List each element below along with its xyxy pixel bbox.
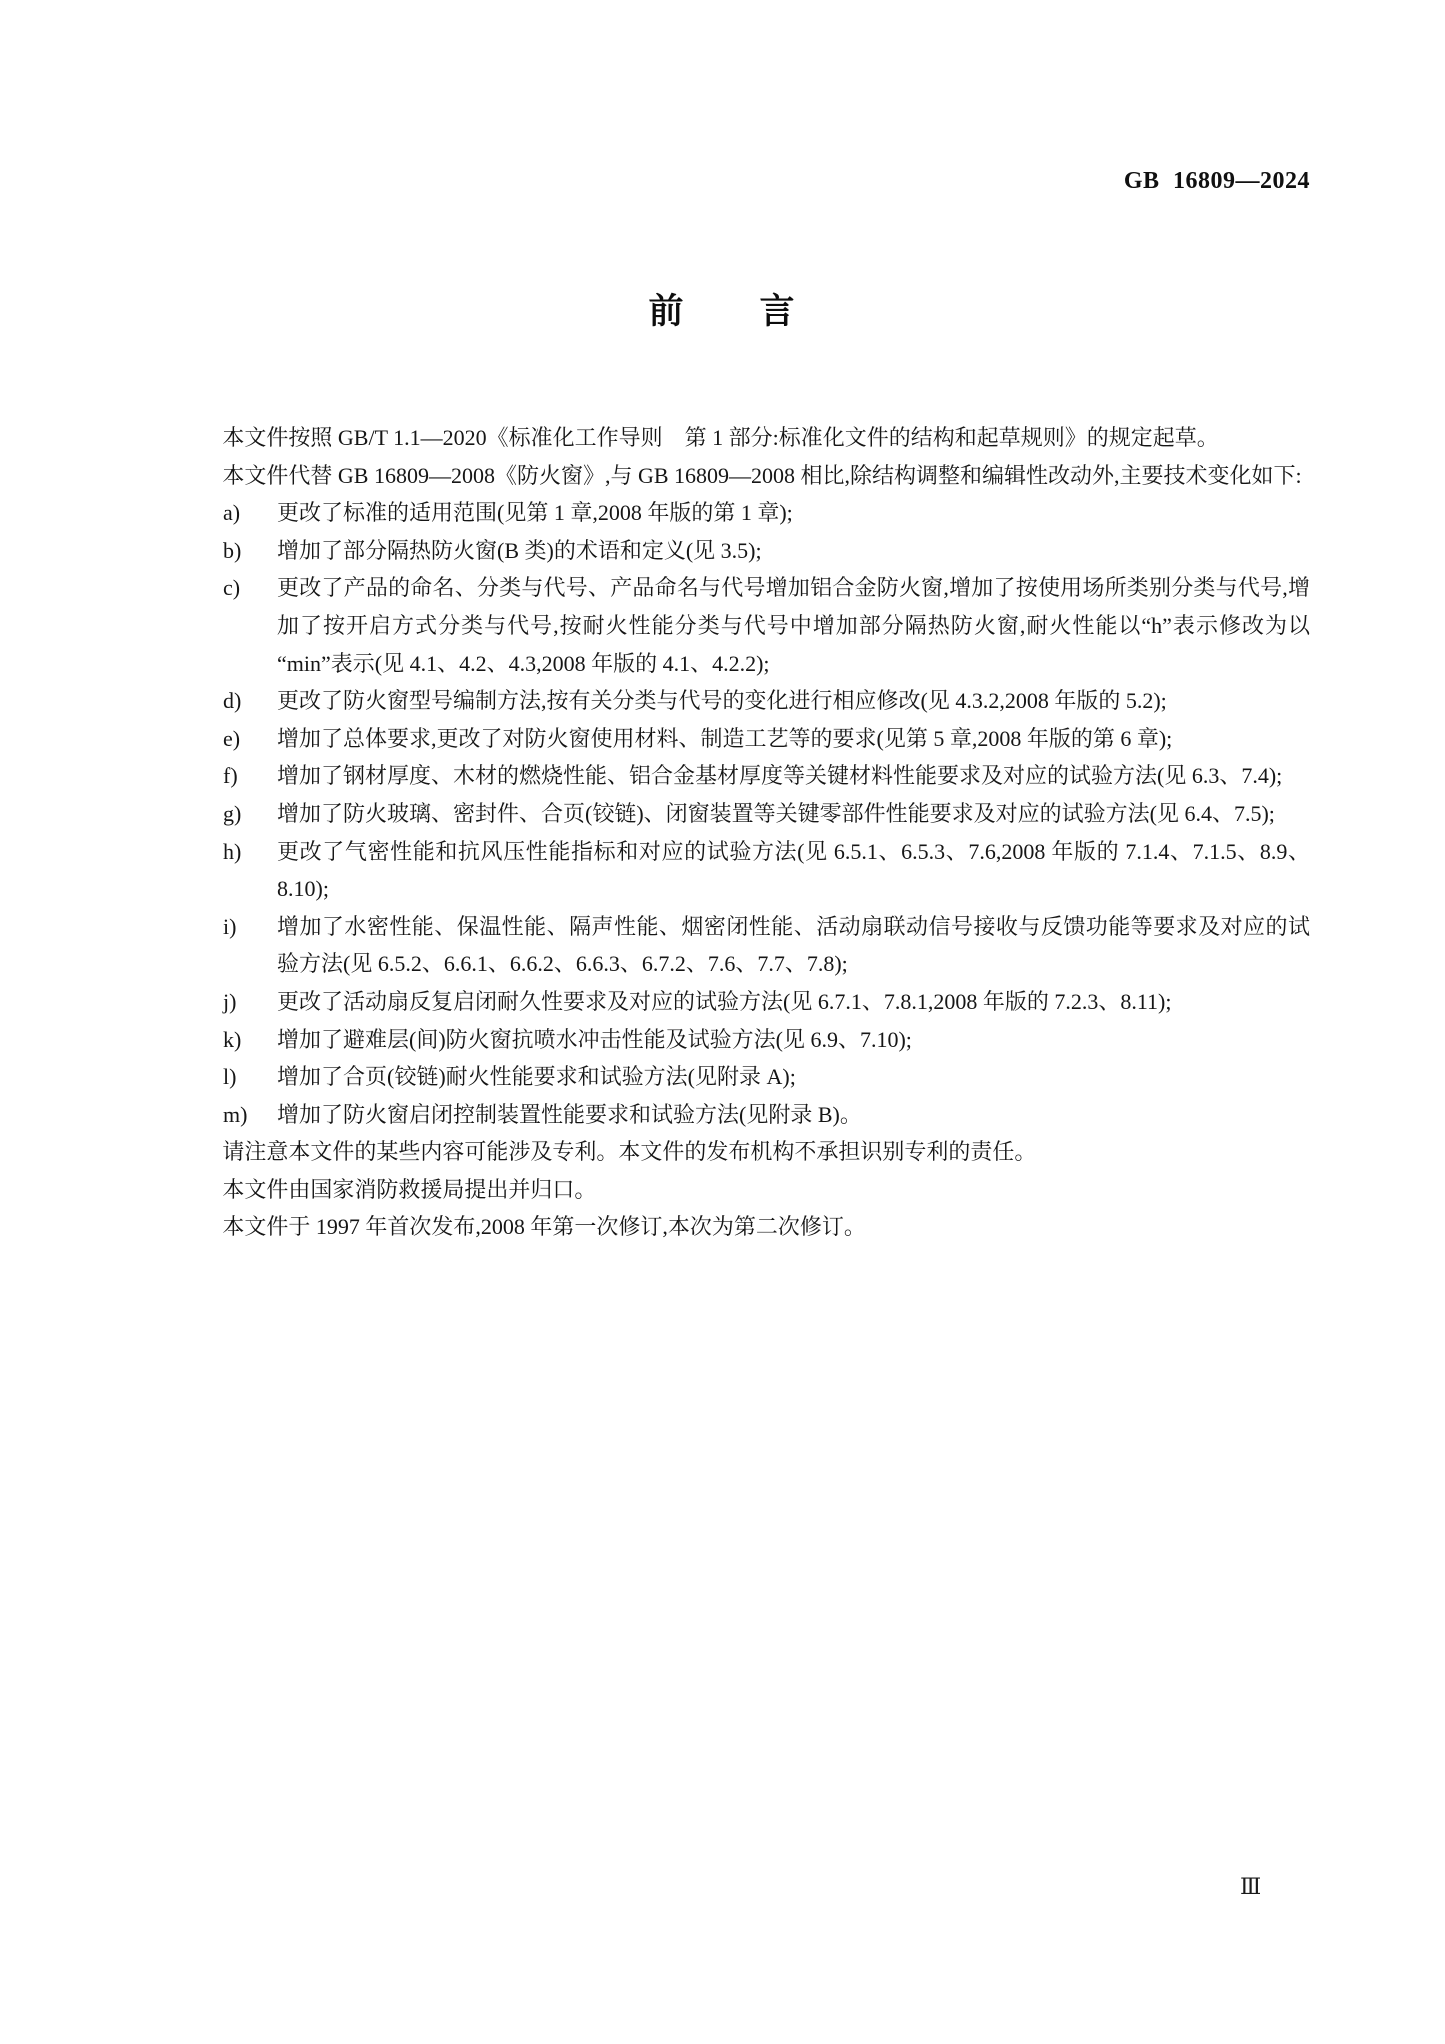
list-item-text: 增加了总体要求,更改了对防火窗使用材料、制造工艺等的要求(见第 5 章,2008… — [277, 726, 1172, 751]
change-list-item: l) 增加了合页(铰链)耐火性能要求和试验方法(见附录 A); — [174, 1058, 1310, 1096]
change-list-item: e) 增加了总体要求,更改了对防火窗使用材料、制造工艺等的要求(见第 5 章,2… — [174, 720, 1310, 758]
list-item-text: 增加了钢材厚度、木材的燃烧性能、铝合金基材厚度等关键材料性能要求及对应的试验方法… — [277, 763, 1282, 788]
list-item-text: 更改了产品的命名、分类与代号、产品命名与代号增加铝合金防火窗,增加了按使用场所类… — [277, 575, 1310, 675]
foreword-paragraph-2: 本文件代替 GB 16809—2008《防火窗》,与 GB 16809—2008… — [174, 457, 1310, 495]
list-item-label: e) — [223, 720, 240, 758]
list-item-label: k) — [223, 1021, 241, 1059]
list-item-label: b) — [223, 532, 241, 570]
change-list-item: a) 更改了标准的适用范围(见第 1 章,2008 年版的第 1 章); — [174, 494, 1310, 532]
list-item-label: i) — [223, 908, 236, 946]
page-title: 前 言 — [0, 0, 1445, 331]
change-list-item: b) 增加了部分隔热防火窗(B 类)的术语和定义(见 3.5); — [174, 532, 1310, 570]
change-list-item: j) 更改了活动扇反复启闭耐久性要求及对应的试验方法(见 6.7.1、7.8.1… — [174, 983, 1310, 1021]
list-item-label: g) — [223, 795, 241, 833]
list-item-label: c) — [223, 569, 240, 607]
list-item-text: 增加了防火玻璃、密封件、合页(铰链)、闭窗装置等关键零部件性能要求及对应的试验方… — [277, 801, 1275, 826]
change-list-item: m) 增加了防火窗启闭控制装置性能要求和试验方法(见附录 B)。 — [174, 1096, 1310, 1134]
list-item-label: f) — [223, 757, 238, 795]
list-item-label: a) — [223, 494, 240, 532]
foreword-paragraph-issuer: 本文件由国家消防救援局提出并归口。 — [174, 1171, 1310, 1209]
list-item-text: 增加了水密性能、保温性能、隔声性能、烟密闭性能、活动扇联动信号接收与反馈功能等要… — [277, 914, 1310, 977]
foreword-paragraph-1: 本文件按照 GB/T 1.1—2020《标准化工作导则 第 1 部分:标准化文件… — [174, 419, 1310, 457]
foreword-paragraph-history: 本文件于 1997 年首次发布,2008 年第一次修订,本次为第二次修订。 — [174, 1208, 1310, 1246]
change-list-item: i) 增加了水密性能、保温性能、隔声性能、烟密闭性能、活动扇联动信号接收与反馈功… — [174, 908, 1310, 983]
foreword-body: 本文件按照 GB/T 1.1—2020《标准化工作导则 第 1 部分:标准化文件… — [174, 419, 1310, 1246]
page-number: Ⅲ — [1240, 1874, 1261, 1900]
list-item-text: 更改了气密性能和抗风压性能指标和对应的试验方法(见 6.5.1、6.5.3、7.… — [277, 839, 1310, 902]
change-list-item: h) 更改了气密性能和抗风压性能指标和对应的试验方法(见 6.5.1、6.5.3… — [174, 833, 1310, 908]
change-list-item: g) 增加了防火玻璃、密封件、合页(铰链)、闭窗装置等关键零部件性能要求及对应的… — [174, 795, 1310, 833]
list-item-text: 更改了标准的适用范围(见第 1 章,2008 年版的第 1 章); — [277, 500, 793, 525]
list-item-text: 更改了活动扇反复启闭耐久性要求及对应的试验方法(见 6.7.1、7.8.1,20… — [277, 989, 1171, 1014]
standard-number: GB 16809—2024 — [1124, 168, 1310, 195]
list-item-text: 增加了部分隔热防火窗(B 类)的术语和定义(见 3.5); — [277, 538, 762, 563]
list-item-text: 增加了避难层(间)防火窗抗喷水冲击性能及试验方法(见 6.9、7.10); — [277, 1027, 912, 1052]
change-list-item: f) 增加了钢材厚度、木材的燃烧性能、铝合金基材厚度等关键材料性能要求及对应的试… — [174, 757, 1310, 795]
list-item-label: d) — [223, 682, 241, 720]
foreword-paragraph-patent: 请注意本文件的某些内容可能涉及专利。本文件的发布机构不承担识别专利的责任。 — [174, 1133, 1310, 1171]
change-list-item: k) 增加了避难层(间)防火窗抗喷水冲击性能及试验方法(见 6.9、7.10); — [174, 1021, 1310, 1059]
list-item-text: 增加了合页(铰链)耐火性能要求和试验方法(见附录 A); — [277, 1064, 796, 1089]
change-list-item: d) 更改了防火窗型号编制方法,按有关分类与代号的变化进行相应修改(见 4.3.… — [174, 682, 1310, 720]
list-item-label: m) — [223, 1096, 247, 1134]
list-item-label: j) — [223, 983, 236, 1021]
list-item-text: 增加了防火窗启闭控制装置性能要求和试验方法(见附录 B)。 — [277, 1102, 862, 1127]
list-item-label: l) — [223, 1058, 236, 1096]
change-list-item: c) 更改了产品的命名、分类与代号、产品命名与代号增加铝合金防火窗,增加了按使用… — [174, 569, 1310, 682]
document-page: GB 16809—2024 前 言 本文件按照 GB/T 1.1—2020《标准… — [0, 0, 1445, 2044]
list-item-text: 更改了防火窗型号编制方法,按有关分类与代号的变化进行相应修改(见 4.3.2,2… — [277, 688, 1167, 713]
list-item-label: h) — [223, 833, 241, 871]
